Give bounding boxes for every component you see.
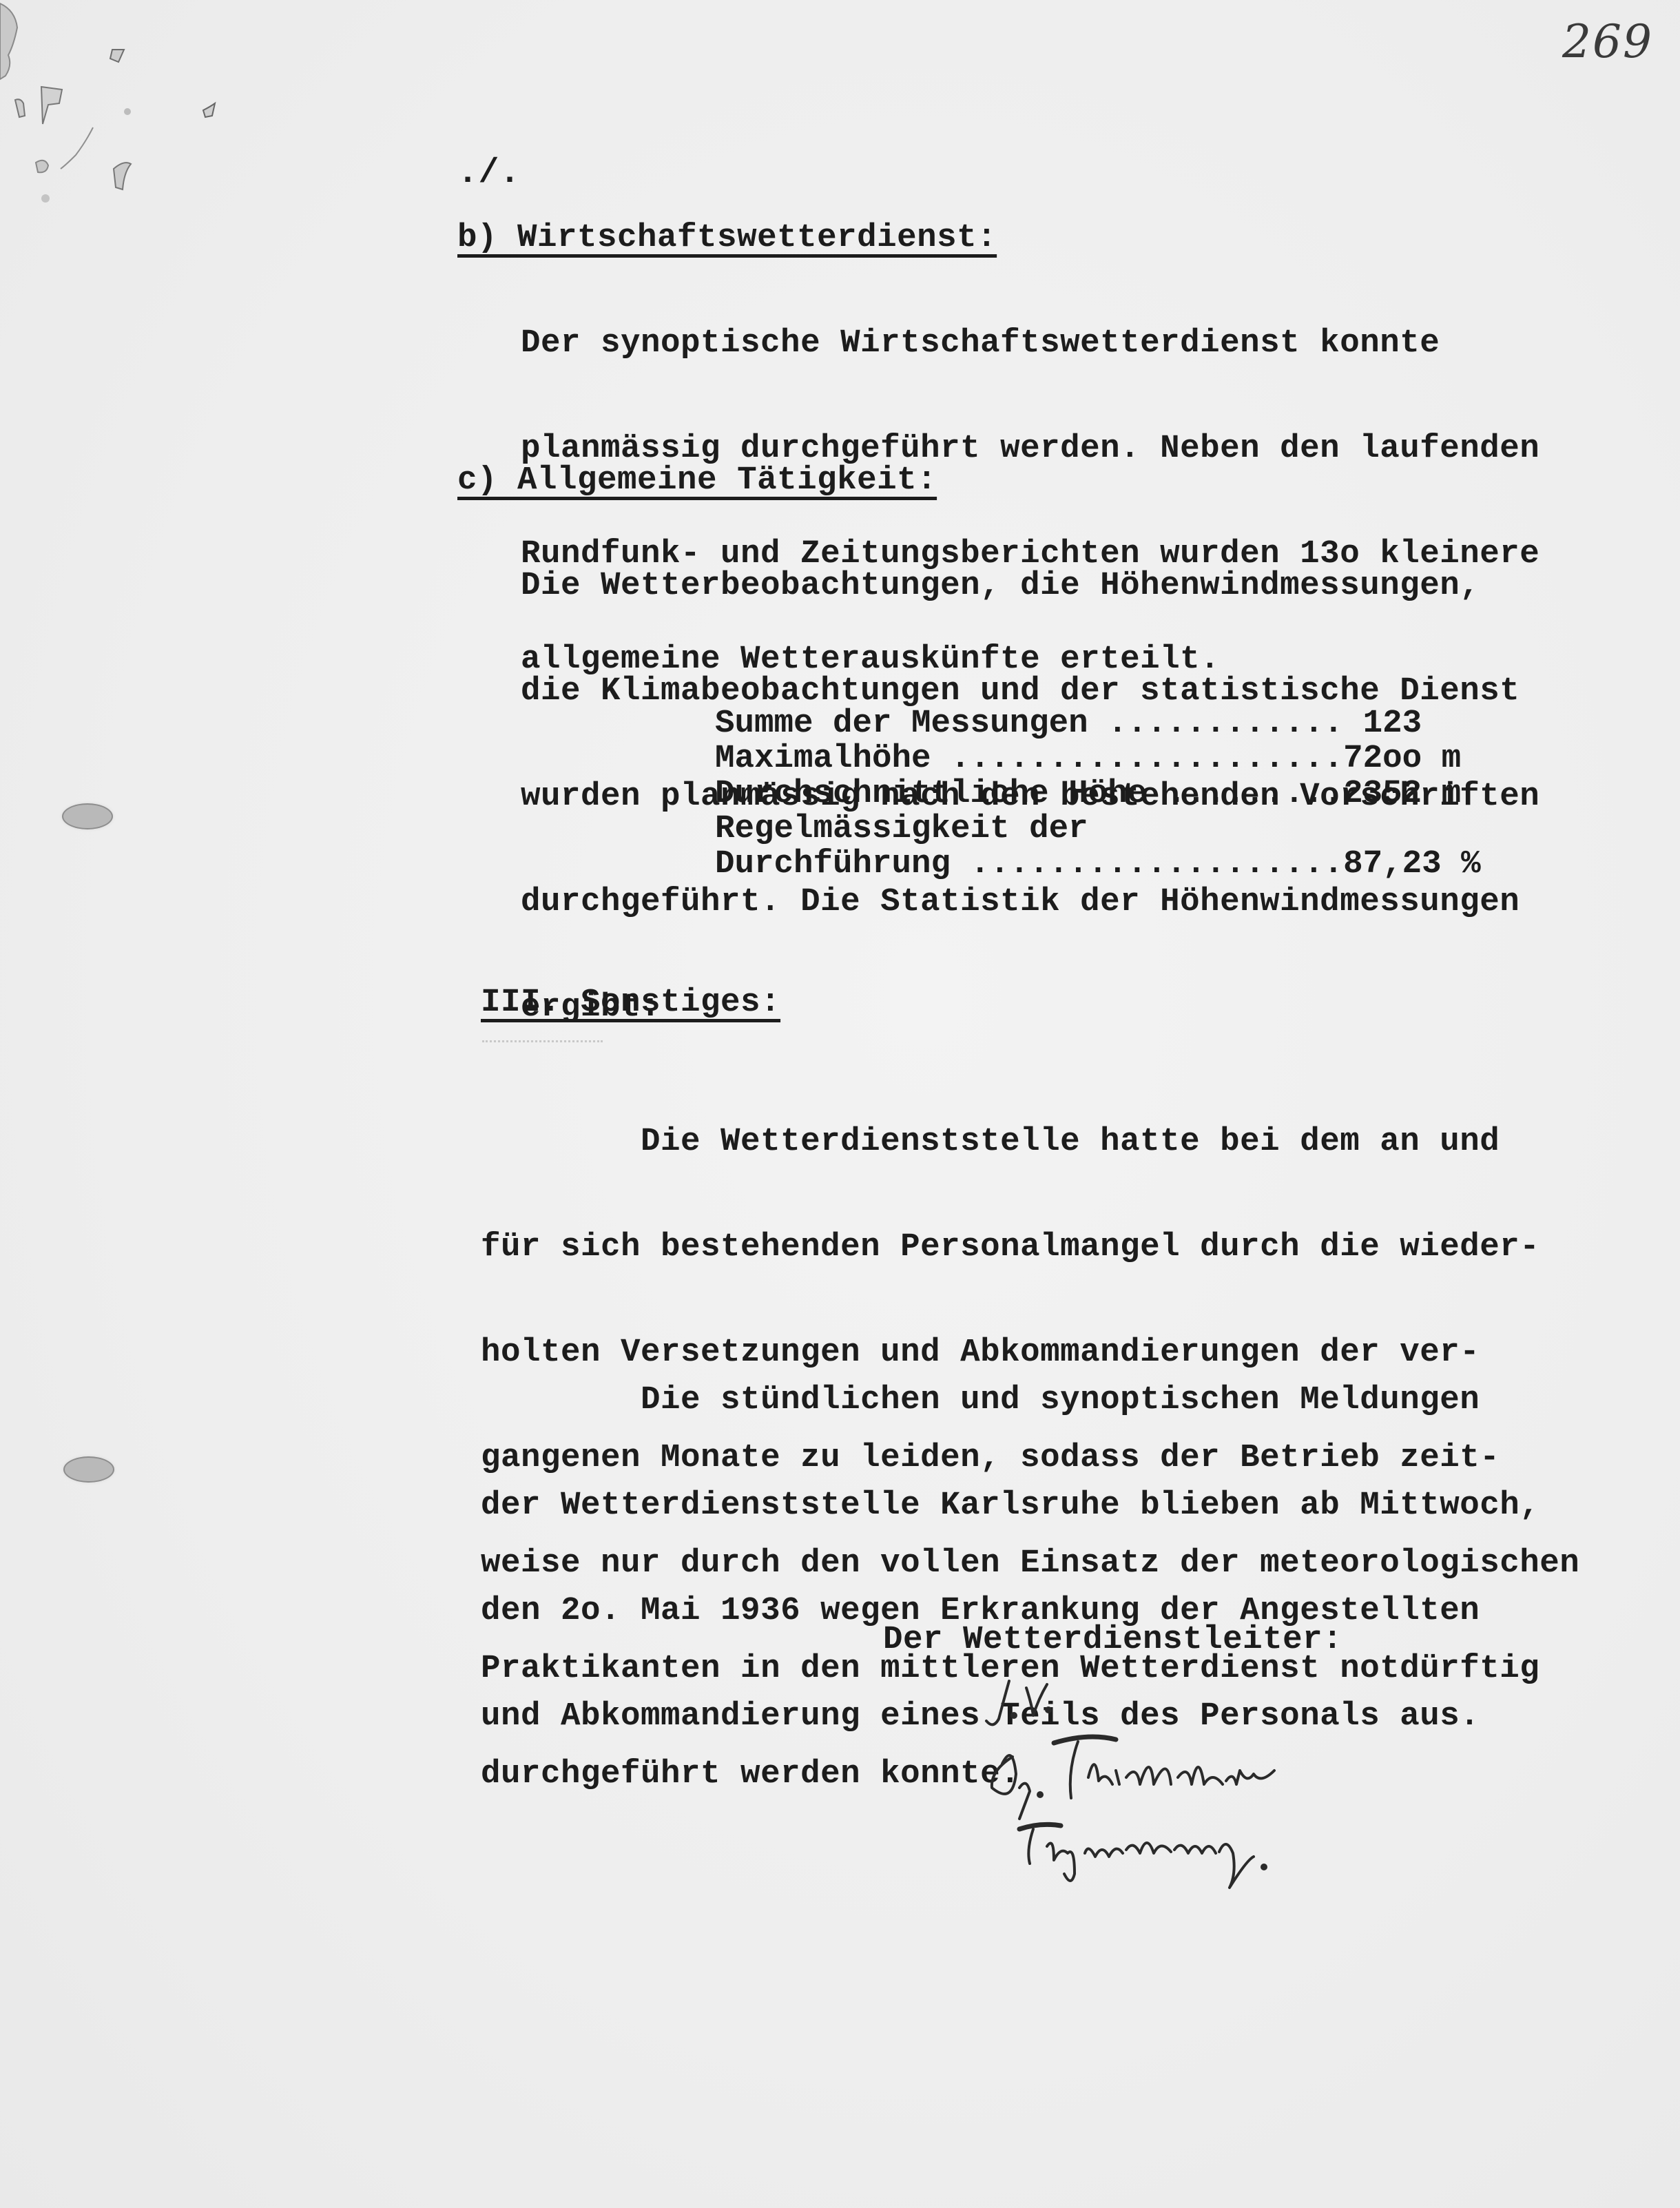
punch-hole (63, 1456, 114, 1483)
statistic-label: Maximalhöhe .................... (715, 740, 1343, 777)
statistic-row: Regelmässigkeit der (715, 812, 1481, 847)
statistic-value: 87,23 % (1343, 845, 1481, 883)
statistic-value: 123 (1343, 705, 1422, 742)
text-line: der Wetterdienststelle Karlsruhe blieben… (481, 1488, 1539, 1523)
handwritten-signature (951, 1667, 1536, 1901)
faint-typewriter-marks (482, 1040, 603, 1042)
signature-icon (951, 1667, 1536, 1901)
punch-hole (62, 803, 113, 829)
statistic-row: Maximalhöhe ....................72oo m (715, 741, 1481, 776)
signature-label: Der Wetterdienstleiter: (883, 1622, 1342, 1658)
statistic-value: 72oo m (1343, 740, 1461, 777)
text-line: Die Wetterbeobachtungen, die Höhenwindme… (521, 568, 1539, 603)
section-iii-heading: III. Sonstiges: (481, 985, 780, 1020)
statistic-label: Durchschnittliche Höhe ......... (715, 775, 1343, 812)
statistic-label: Durchführung ................... (715, 845, 1343, 883)
statistic-row: Durchführung ...................87,23 % (715, 847, 1481, 882)
statistic-value: 2352 m (1343, 775, 1461, 812)
text-line: Der synoptische Wirtschaftswetterdienst … (521, 326, 1539, 361)
text-line: Die Wetterdienststelle hatte bei dem an … (481, 1124, 1579, 1159)
text-line: für sich bestehenden Personalmangel durc… (481, 1230, 1579, 1265)
continuation-mark: ./. (457, 156, 521, 191)
text-line: durchgeführt. Die Statistik der Höhenwin… (521, 885, 1539, 920)
statistic-row: Summe der Messungen ............ 123 (715, 706, 1481, 741)
section-c-heading: c) Allgemeine Tätigkeit: (457, 463, 937, 498)
section-b-heading: b) Wirtschaftswetterdienst: (457, 220, 997, 256)
text-line: die Klimabeobachtungen und der statistis… (521, 674, 1539, 709)
document-page: 269 ./. b) Wirtschaftswetterdienst: Der … (0, 0, 1680, 2208)
wind-measurement-statistics: Summe der Messungen ............ 123 Max… (715, 706, 1481, 882)
statistic-label: Regelmässigkeit der (715, 810, 1088, 847)
text-line: Die stündlichen und synoptischen Meldung… (481, 1383, 1539, 1418)
paper-damage-marks (0, 0, 241, 220)
handwritten-page-number: 269 (1562, 15, 1653, 68)
statistic-label: Summe der Messungen ............ (715, 705, 1343, 742)
statistic-row: Durchschnittliche Höhe .........2352 m (715, 776, 1481, 812)
